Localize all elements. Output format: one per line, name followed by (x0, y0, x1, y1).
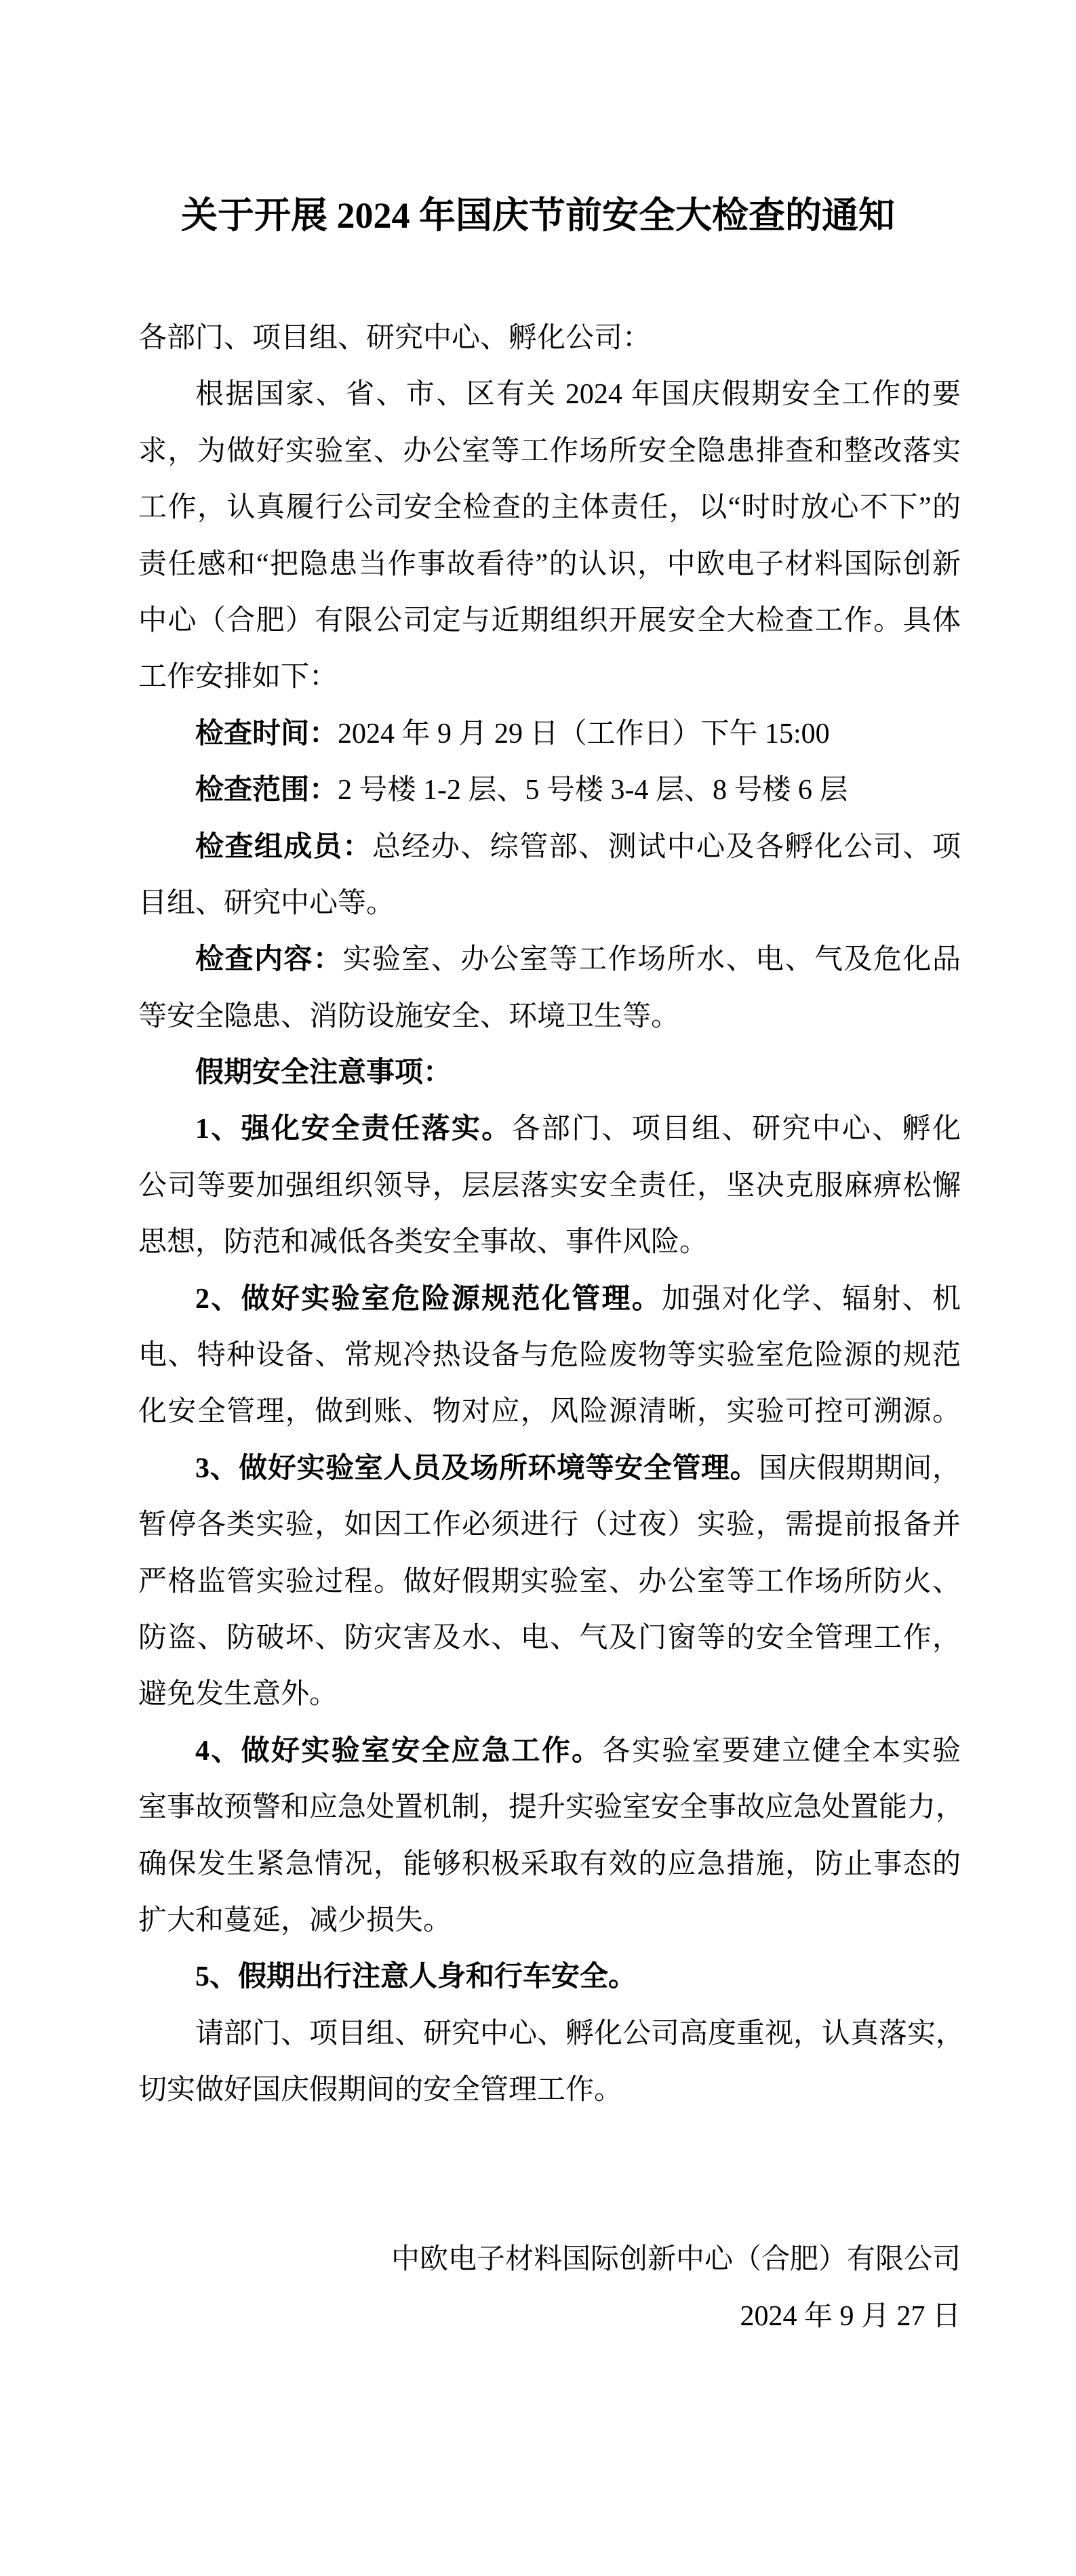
text-segment: 思想，防范和减低各类安全事故、事件风险。 (138, 1227, 708, 1258)
text-segment: 严格监管实验过程。做好假期实验室、办公室等工作场所防火、 (138, 1566, 961, 1597)
blank-line (138, 2175, 961, 2232)
document-title: 关于开展 2024 年国庆节前安全大检查的通知 (0, 190, 1076, 241)
text-line: 求，为做好实验室、办公室等工作场所安全隐患排查和整改落实 (138, 424, 961, 480)
text-segment: 工作，认真履行公司安全检查的主体责任，以“时时放心不下”的 (138, 492, 961, 523)
text-line: 切实做好国庆假期间的安全管理工作。 (138, 2062, 961, 2119)
text-line: 中欧电子材料国际创新中心（合肥）有限公司 (138, 2232, 961, 2288)
text-line: 确保发生紧急情况，能够积极采取有效的应急措施，防止事态的 (138, 1837, 961, 1893)
blank-line (138, 2119, 961, 2175)
text-line: 工作安排如下： (138, 649, 961, 706)
text-segment: 2024 年 9 月 29 日（工作日）下午 15:00 (338, 718, 830, 750)
text-segment: 加强对化学、辐射、机 (662, 1284, 961, 1315)
text-line: 2、做好实验室危险源规范化管理。加强对化学、辐射、机 (138, 1271, 961, 1328)
text-line: 3、做好实验室人员及场所环境等安全管理。国庆假期期间， (138, 1441, 961, 1497)
text-line: 电、特种设备、常规冷热设备与危险废物等实验室危险源的规范 (138, 1328, 961, 1384)
text-line: 请部门、项目组、研究中心、孵化公司高度重视，认真落实， (138, 2006, 961, 2062)
text-line: 检查内容：实验室、办公室等工作场所水、电、气及危化品 (138, 932, 961, 988)
text-line: 中心（合肥）有限公司定与近期组织开展安全大检查工作。具体 (138, 593, 961, 649)
text-segment: 各部门、项目组、研究中心、孵化公司： (138, 323, 651, 354)
text-line: 化安全管理，做到账、物对应，风险源清晰，实验可控可溯源。 (138, 1384, 961, 1440)
text-line: 根据国家、省、市、区有关 2024 年国庆假期安全工作的要 (138, 367, 961, 423)
text-line: 检查范围：2 号楼 1-2 层、5 号楼 3-4 层、8 号楼 6 层 (138, 762, 961, 819)
text-segment: 实验室、办公室等工作场所水、电、气及危化品 (342, 944, 961, 975)
text-line: 扩大和蔓延，减少损失。 (138, 1893, 961, 1949)
text-segment: 室事故预警和应急处置机制，提升实验室安全事故应急处置能力， (138, 1792, 964, 1823)
text-segment: 2 号楼 1-2 层、5 号楼 3-4 层、8 号楼 6 层 (338, 775, 848, 806)
text-line: 防盗、防破坏、防灾害及水、电、气及门窗等的安全管理工作， (138, 1610, 961, 1667)
text-line: 5、假期出行注意人身和行车安全。 (138, 1949, 961, 2005)
text-line: 避免发生意外。 (138, 1667, 961, 1723)
text-segment: 检查范围： (195, 775, 338, 806)
text-segment: 切实做好国庆假期间的安全管理工作。 (138, 2074, 622, 2106)
text-line: 假期安全注意事项： (138, 1045, 961, 1101)
text-segment: 5、假期出行注意人身和行车安全。 (195, 1961, 637, 1992)
text-segment: 中欧电子材料国际创新中心（合肥）有限公司 (391, 2244, 961, 2275)
text-segment: 国庆假期期间， (759, 1453, 961, 1484)
text-segment: 责任感和“把隐患当作事故看待”的认识，中欧电子材料国际创新 (138, 549, 961, 580)
text-segment: 3、做好实验室人员及场所环境等安全管理。 (195, 1453, 759, 1484)
text-segment: 工作安排如下： (138, 661, 338, 693)
text-segment: 暂停各类实验，如因工作必须进行（过夜）实验，需提前报备并 (138, 1509, 961, 1540)
text-line: 室事故预警和应急处置机制，提升实验室安全事故应急处置能力， (138, 1780, 961, 1836)
text-segment: 化安全管理，做到账、物对应，风险源清晰，实验可控可溯源。 (138, 1396, 961, 1427)
text-segment: 4、做好实验室安全应急工作。 (195, 1736, 601, 1767)
text-segment: 确保发生紧急情况，能够积极采取有效的应急措施，防止事态的 (138, 1849, 961, 1880)
text-segment: 各实验室要建立健全本实验 (601, 1736, 961, 1767)
text-segment: 假期安全注意事项： (195, 1057, 452, 1088)
text-line: 1、强化安全责任落实。各部门、项目组、研究中心、孵化 (138, 1101, 961, 1158)
text-line: 2024 年 9 月 27 日 (138, 2289, 961, 2345)
text-segment: 检查内容： (195, 944, 342, 975)
text-segment: 防盗、防破坏、防灾害及水、电、气及门窗等的安全管理工作， (138, 1622, 961, 1654)
text-line: 4、做好实验室安全应急工作。各实验室要建立健全本实验 (138, 1723, 961, 1780)
text-segment: 等安全隐患、消防设施安全、环境卫生等。 (138, 1001, 679, 1032)
text-line: 各部门、项目组、研究中心、孵化公司： (138, 310, 961, 367)
text-line: 公司等要加强组织领导，层层落实安全责任，坚决克服麻痹松懈 (138, 1158, 961, 1214)
text-line: 检查时间：2024 年 9 月 29 日（工作日）下午 15:00 (138, 706, 961, 762)
text-segment: 电、特种设备、常规冷热设备与危险废物等实验室危险源的规范 (138, 1340, 961, 1371)
text-segment: 公司等要加强组织领导，层层落实安全责任，坚决克服麻痹松懈 (138, 1170, 961, 1202)
text-segment: 扩大和蔓延，减少损失。 (138, 1905, 452, 1936)
text-line: 暂停各类实验，如因工作必须进行（过夜）实验，需提前报备并 (138, 1497, 961, 1553)
text-line: 等安全隐患、消防设施安全、环境卫生等。 (138, 989, 961, 1045)
text-segment: 检查组成员： (195, 832, 372, 863)
document-page: 关于开展 2024 年国庆节前安全大检查的通知 各部门、项目组、研究中心、孵化公… (0, 0, 1076, 2576)
text-segment: 求，为做好实验室、办公室等工作场所安全隐患排查和整改落实 (138, 436, 961, 467)
document-body: 各部门、项目组、研究中心、孵化公司：根据国家、省、市、区有关 2024 年国庆假… (138, 310, 961, 2345)
text-line: 思想，防范和减低各类安全事故、事件风险。 (138, 1214, 961, 1271)
text-line: 责任感和“把隐患当作事故看待”的认识，中欧电子材料国际创新 (138, 537, 961, 593)
text-segment: 请部门、项目组、研究中心、孵化公司高度重视，认真落实， (195, 2018, 964, 2049)
text-segment: 避免发生意外。 (138, 1679, 338, 1710)
text-segment: 2、做好实验室危险源规范化管理。 (195, 1284, 662, 1315)
text-segment: 2024 年 9 月 27 日 (740, 2301, 961, 2332)
text-segment: 中心（合肥）有限公司定与近期组织开展安全大检查工作。具体 (138, 605, 961, 636)
text-line: 目组、研究中心等。 (138, 876, 961, 932)
text-segment: 根据国家、省、市、区有关 2024 年国庆假期安全工作的要 (195, 379, 961, 410)
text-segment: 各部门、项目组、研究中心、孵化 (512, 1113, 961, 1145)
text-line: 严格监管实验过程。做好假期实验室、办公室等工作场所防火、 (138, 1554, 961, 1610)
text-line: 检查组成员：总经办、综管部、测试中心及各孵化公司、项 (138, 819, 961, 876)
text-segment: 1、强化安全责任落实。 (195, 1113, 512, 1145)
text-segment: 检查时间： (195, 718, 338, 750)
text-segment: 总经办、综管部、测试中心及各孵化公司、项 (372, 832, 961, 863)
text-line: 工作，认真履行公司安全检查的主体责任，以“时时放心不下”的 (138, 480, 961, 536)
text-segment: 目组、研究中心等。 (138, 888, 395, 919)
